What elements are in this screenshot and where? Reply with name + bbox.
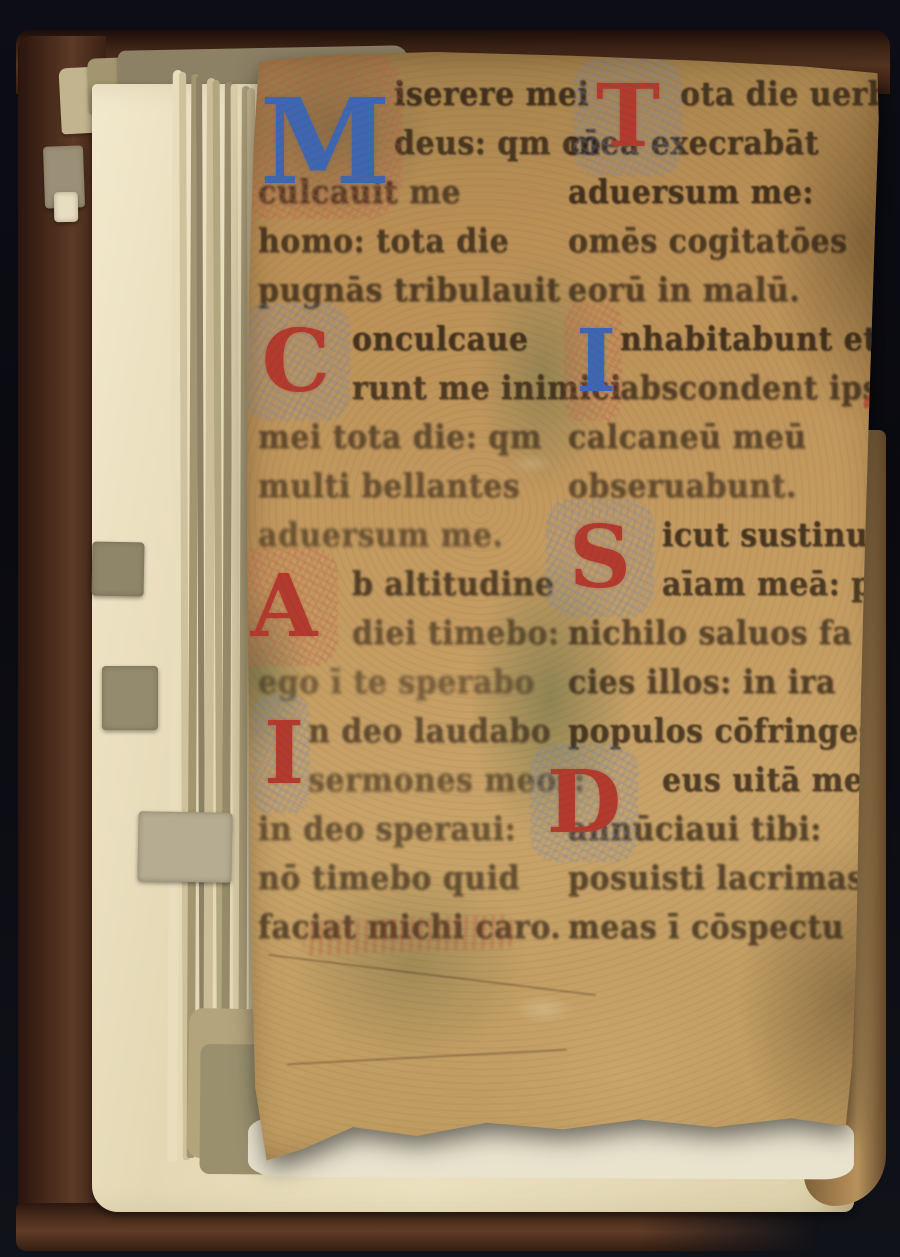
manuscript-text-line: cies illos: in ira — [568, 664, 877, 717]
manuscript-text-line: omēs cogitatōes — [568, 223, 877, 276]
index-tab — [137, 811, 232, 883]
manuscript-photograph: iserere meideus: qm cōculcauit mehomo: t… — [0, 0, 900, 1257]
crease-line — [287, 1049, 567, 1066]
manuscript-text-line: in deo speraui: — [258, 811, 560, 864]
text-column-right: ota die uerbamea execrabātaduersum me:om… — [568, 76, 877, 958]
index-tab — [54, 192, 79, 222]
manuscript-text-line: meas ī cōspectu — [568, 909, 877, 962]
manuscript-text-line: nichilo saluos fa — [568, 615, 877, 668]
manuscript-text-line: homo: tota die — [258, 223, 560, 276]
initial-letter: S — [558, 509, 642, 607]
index-tab — [92, 542, 145, 597]
manuscript-text-line: mei tota die: qm — [258, 419, 560, 472]
initial-letter: M — [260, 68, 384, 215]
illuminated-initial-C: C — [254, 313, 338, 411]
illuminated-initial-A: A — [242, 558, 326, 656]
illuminated-initial-M: M — [260, 68, 384, 215]
text-column-left: iserere meideus: qm cōculcauit mehomo: t… — [258, 76, 560, 958]
initial-letter: C — [254, 313, 338, 411]
initial-letter: D — [542, 754, 626, 852]
initial-letter: I — [576, 313, 610, 411]
initial-letter: A — [242, 558, 326, 656]
illuminated-initial-S: S — [558, 509, 642, 607]
illuminated-initial-I: I — [264, 705, 298, 803]
manuscript-text-line: multi bellantes — [258, 468, 560, 521]
manuscript-text-line: aduersum me: — [568, 174, 877, 227]
index-tab — [102, 666, 158, 730]
manuscript-text-line: nō timebo quid — [258, 860, 560, 913]
illuminated-initial-T: T — [586, 68, 670, 166]
illuminated-initial-I: I — [576, 313, 610, 411]
manuscript-text-line: posuisti lacrimas — [568, 860, 877, 913]
vellum-page-wrap: iserere meideus: qm cōculcauit mehomo: t… — [245, 52, 880, 1165]
initial-letter: T — [586, 68, 670, 166]
initial-letter: I — [264, 705, 298, 803]
manuscript-text-line: calcaneū meū — [568, 419, 877, 472]
illuminated-initial-D: D — [542, 754, 626, 852]
vellum-page: iserere meideus: qm cōculcauit mehomo: t… — [245, 52, 880, 1165]
